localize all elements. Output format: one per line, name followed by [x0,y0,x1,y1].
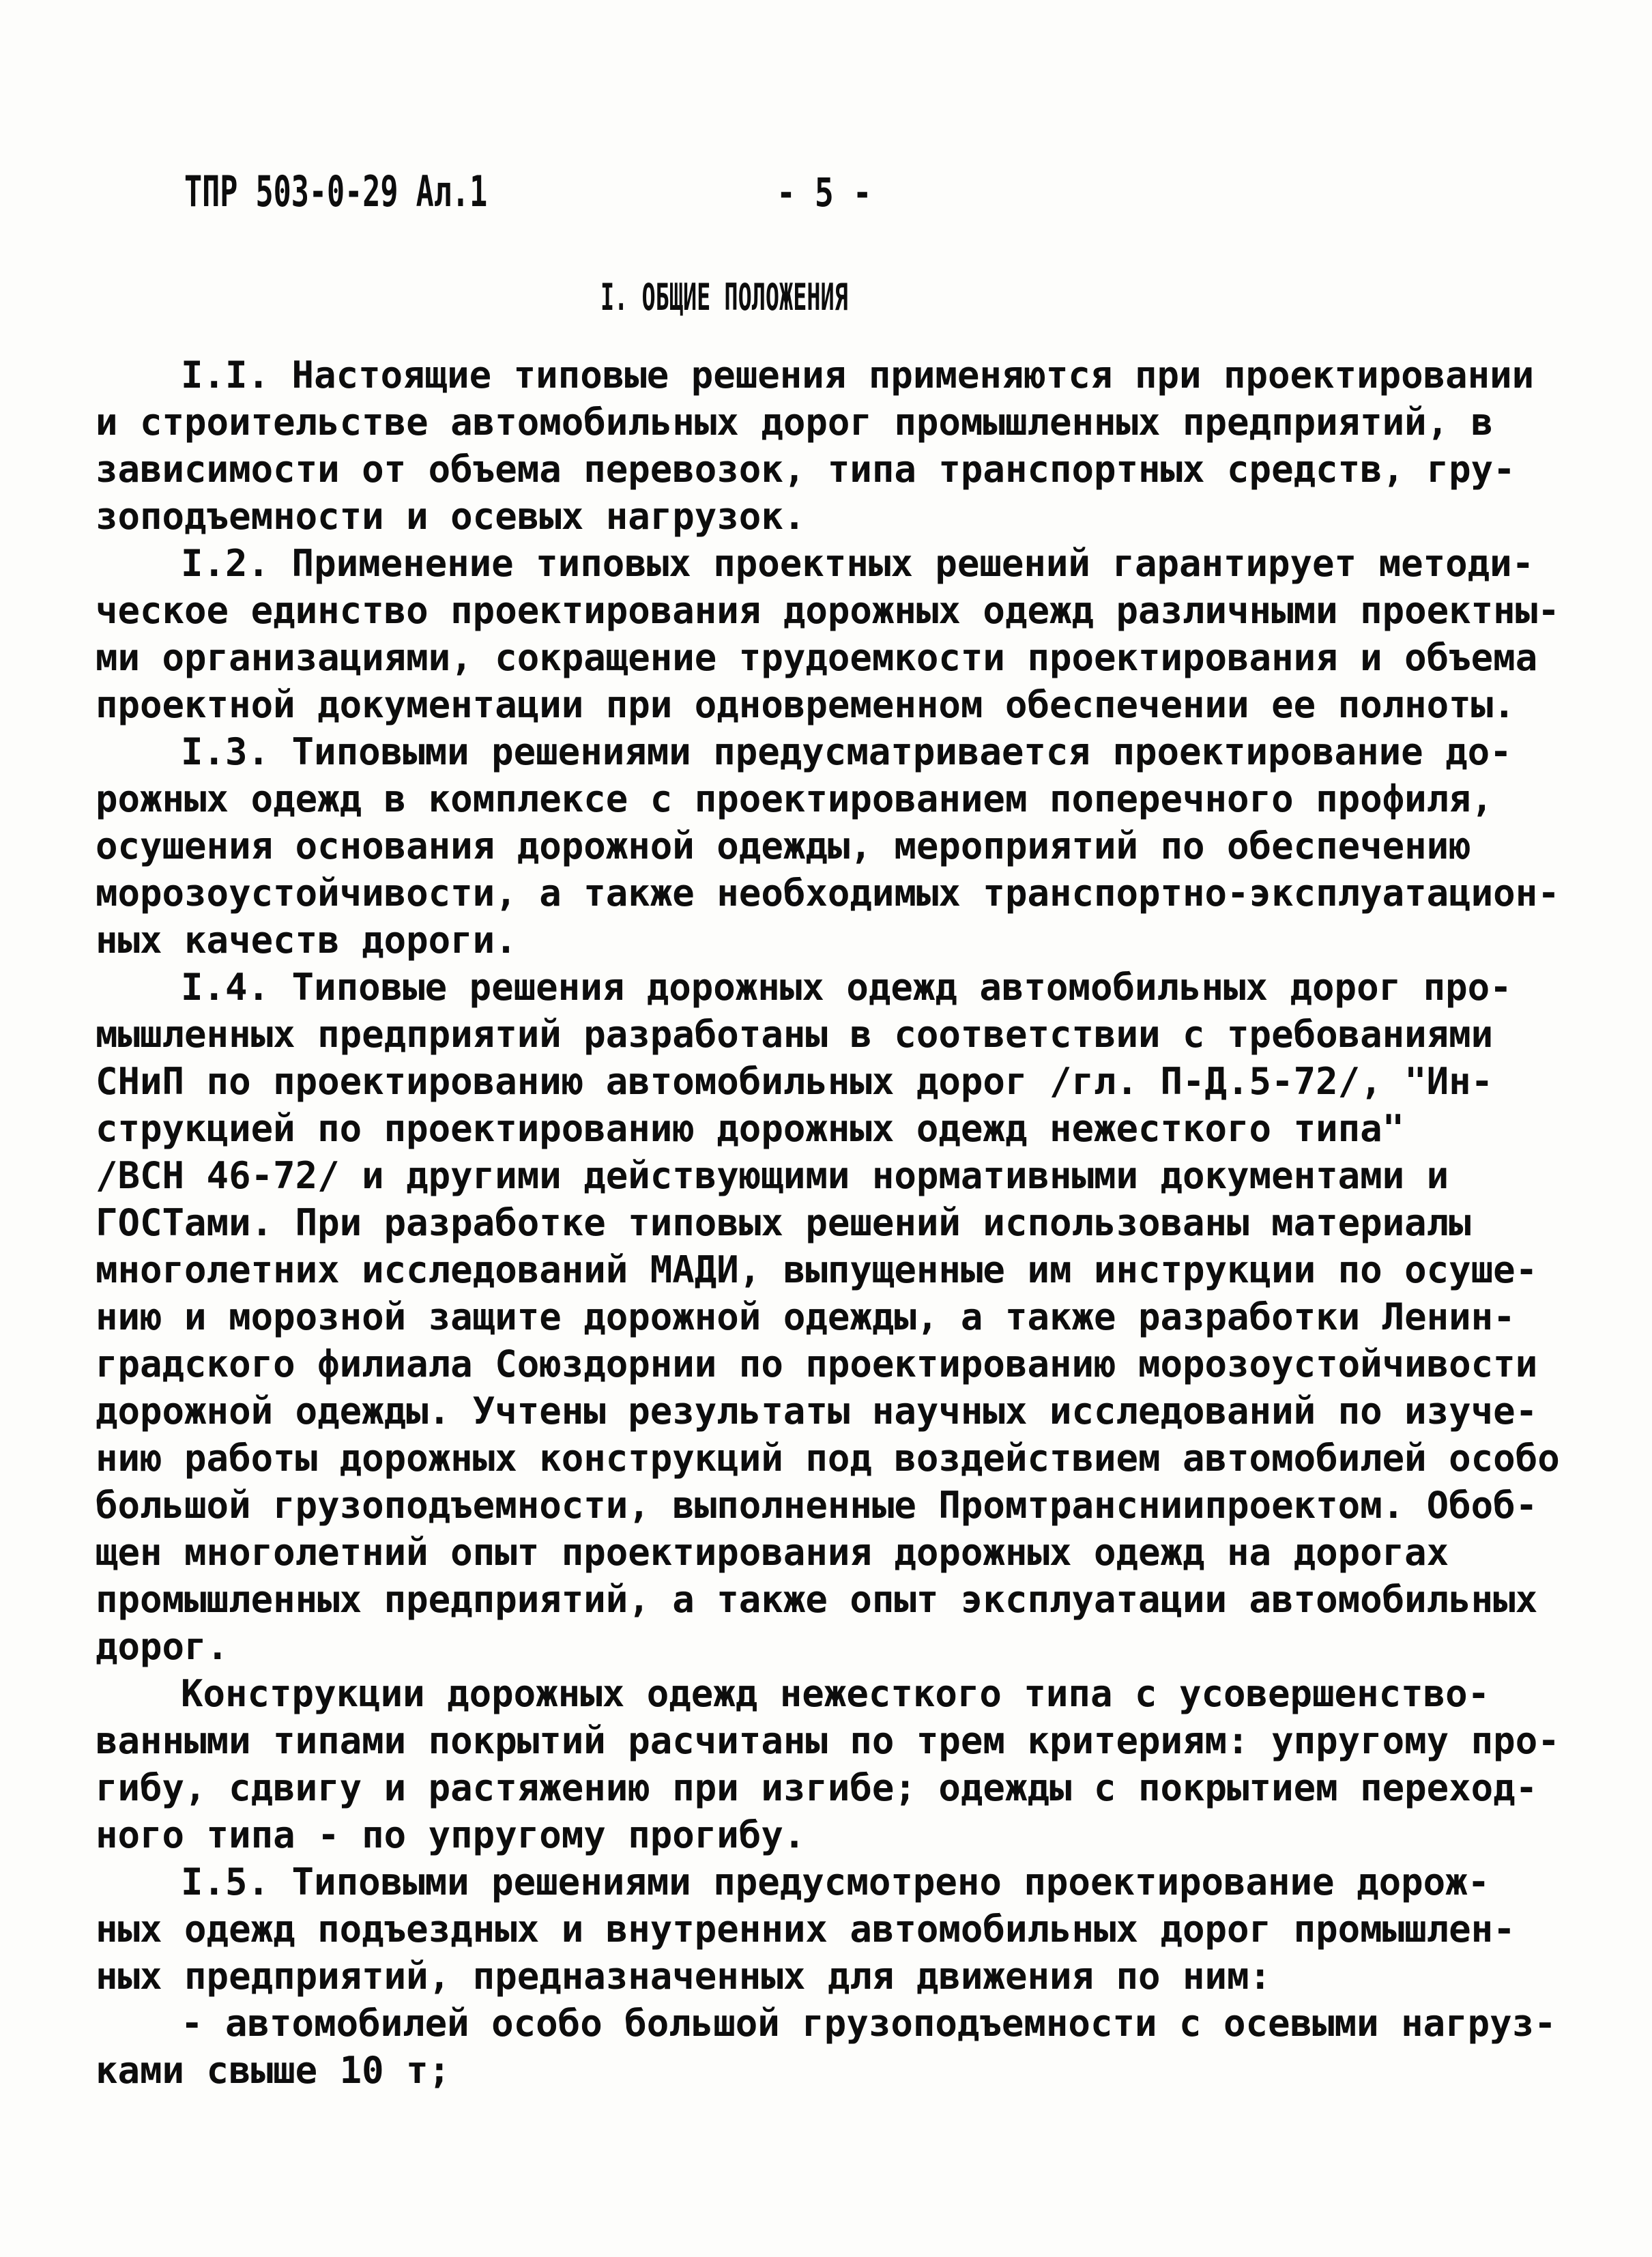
text-line: ми организациями, сокращение трудоемкост… [96,634,1576,681]
text-line: ных предприятий, предназначенных для дви… [96,1953,1576,2000]
document-page: ТПР 503-0-29 Ал.1 - 5 - I. ОБЩИЕ ПОЛОЖЕН… [0,0,1652,2257]
text-line: зависимости от объема перевозок, типа тр… [96,446,1576,493]
text-line: I.5. Типовыми решениями предусмотрено пр… [96,1858,1576,1906]
paragraph: I.5. Типовыми решениями предусмотрено пр… [96,1858,1576,2000]
doc-code-stamp: ТПР 503-0-29 Ал.1 [184,167,487,216]
text-line: /ВСН 46-72/ и другими действующими норма… [96,1152,1576,1199]
text-line: проектной документации при одновременном… [96,681,1576,728]
text-line: дорог. [96,1623,1576,1670]
text-line: I.2. Применение типовых проектных решени… [96,540,1576,587]
text-line: - автомобилей особо большой грузоподъемн… [96,2000,1576,2047]
text-line: и строительстве автомобильных дорог пром… [96,399,1576,446]
paragraph: - автомобилей особо большой грузоподъемн… [96,2000,1576,2094]
text-line: ГОСТами. При разработке типовых решений … [96,1199,1576,1246]
text-line: нию работы дорожных конструкций под возд… [96,1435,1576,1482]
paragraph: I.4. Типовые решения дорожных одежд авто… [96,964,1576,1670]
text-line: ных одежд подъездных и внутренних автомо… [96,1906,1576,1953]
text-line: I.I. Настоящие типовые решения применяют… [96,351,1576,399]
paragraph: I.I. Настоящие типовые решения применяют… [96,351,1576,540]
text-line: промышленных предприятий, а также опыт э… [96,1576,1576,1623]
text-line: большой грузоподъемности, выполненные Пр… [96,1482,1576,1529]
text-line: Конструкции дорожных одежд нежесткого ти… [96,1670,1576,1717]
text-line: СНиП по проектированию автомобильных дор… [96,1058,1576,1105]
text-line: ного типа - по упругому прогибу. [96,1811,1576,1858]
page-number: - 5 - [777,169,872,216]
text-line: градского филиала Союздорнии по проектир… [96,1340,1576,1388]
text-line: струкцией по проектированию дорожных оде… [96,1105,1576,1152]
text-line: зоподъемности и осевых нагрузок. [96,493,1576,540]
section-title: I. ОБЩИЕ ПОЛОЖЕНИЯ [600,276,848,319]
text-line: гибу, сдвигу и растяжению при изгибе; од… [96,1764,1576,1811]
text-line: мышленных предприятий разработаны в соот… [96,1011,1576,1058]
text-line: рожных одежд в комплексе с проектировани… [96,775,1576,822]
paragraph: Конструкции дорожных одежд нежесткого ти… [96,1670,1576,1858]
paragraph: I.2. Применение типовых проектных решени… [96,540,1576,728]
document-body: I.I. Настоящие типовые решения применяют… [96,351,1576,2094]
text-line: I.3. Типовыми решениями предусматриваетс… [96,728,1576,775]
text-line: ческое единство проектирования дорожных … [96,587,1576,634]
paragraph: I.3. Типовыми решениями предусматриваетс… [96,728,1576,964]
text-line: осушения основания дорожной одежды, меро… [96,822,1576,869]
text-line: I.4. Типовые решения дорожных одежд авто… [96,964,1576,1011]
text-line: ками свыше 10 т; [96,2047,1576,2094]
text-line: ных качеств дороги. [96,917,1576,964]
text-line: дорожной одежды. Учтены результаты научн… [96,1388,1576,1435]
text-line: нию и морозной защите дорожной одежды, а… [96,1293,1576,1340]
text-line: щен многолетний опыт проектирования доро… [96,1529,1576,1576]
text-line: многолетних исследований МАДИ, выпущенны… [96,1246,1576,1293]
text-line: ванными типами покрытий расчитаны по тре… [96,1717,1576,1764]
text-line: морозоустойчивости, а также необходимых … [96,869,1576,917]
